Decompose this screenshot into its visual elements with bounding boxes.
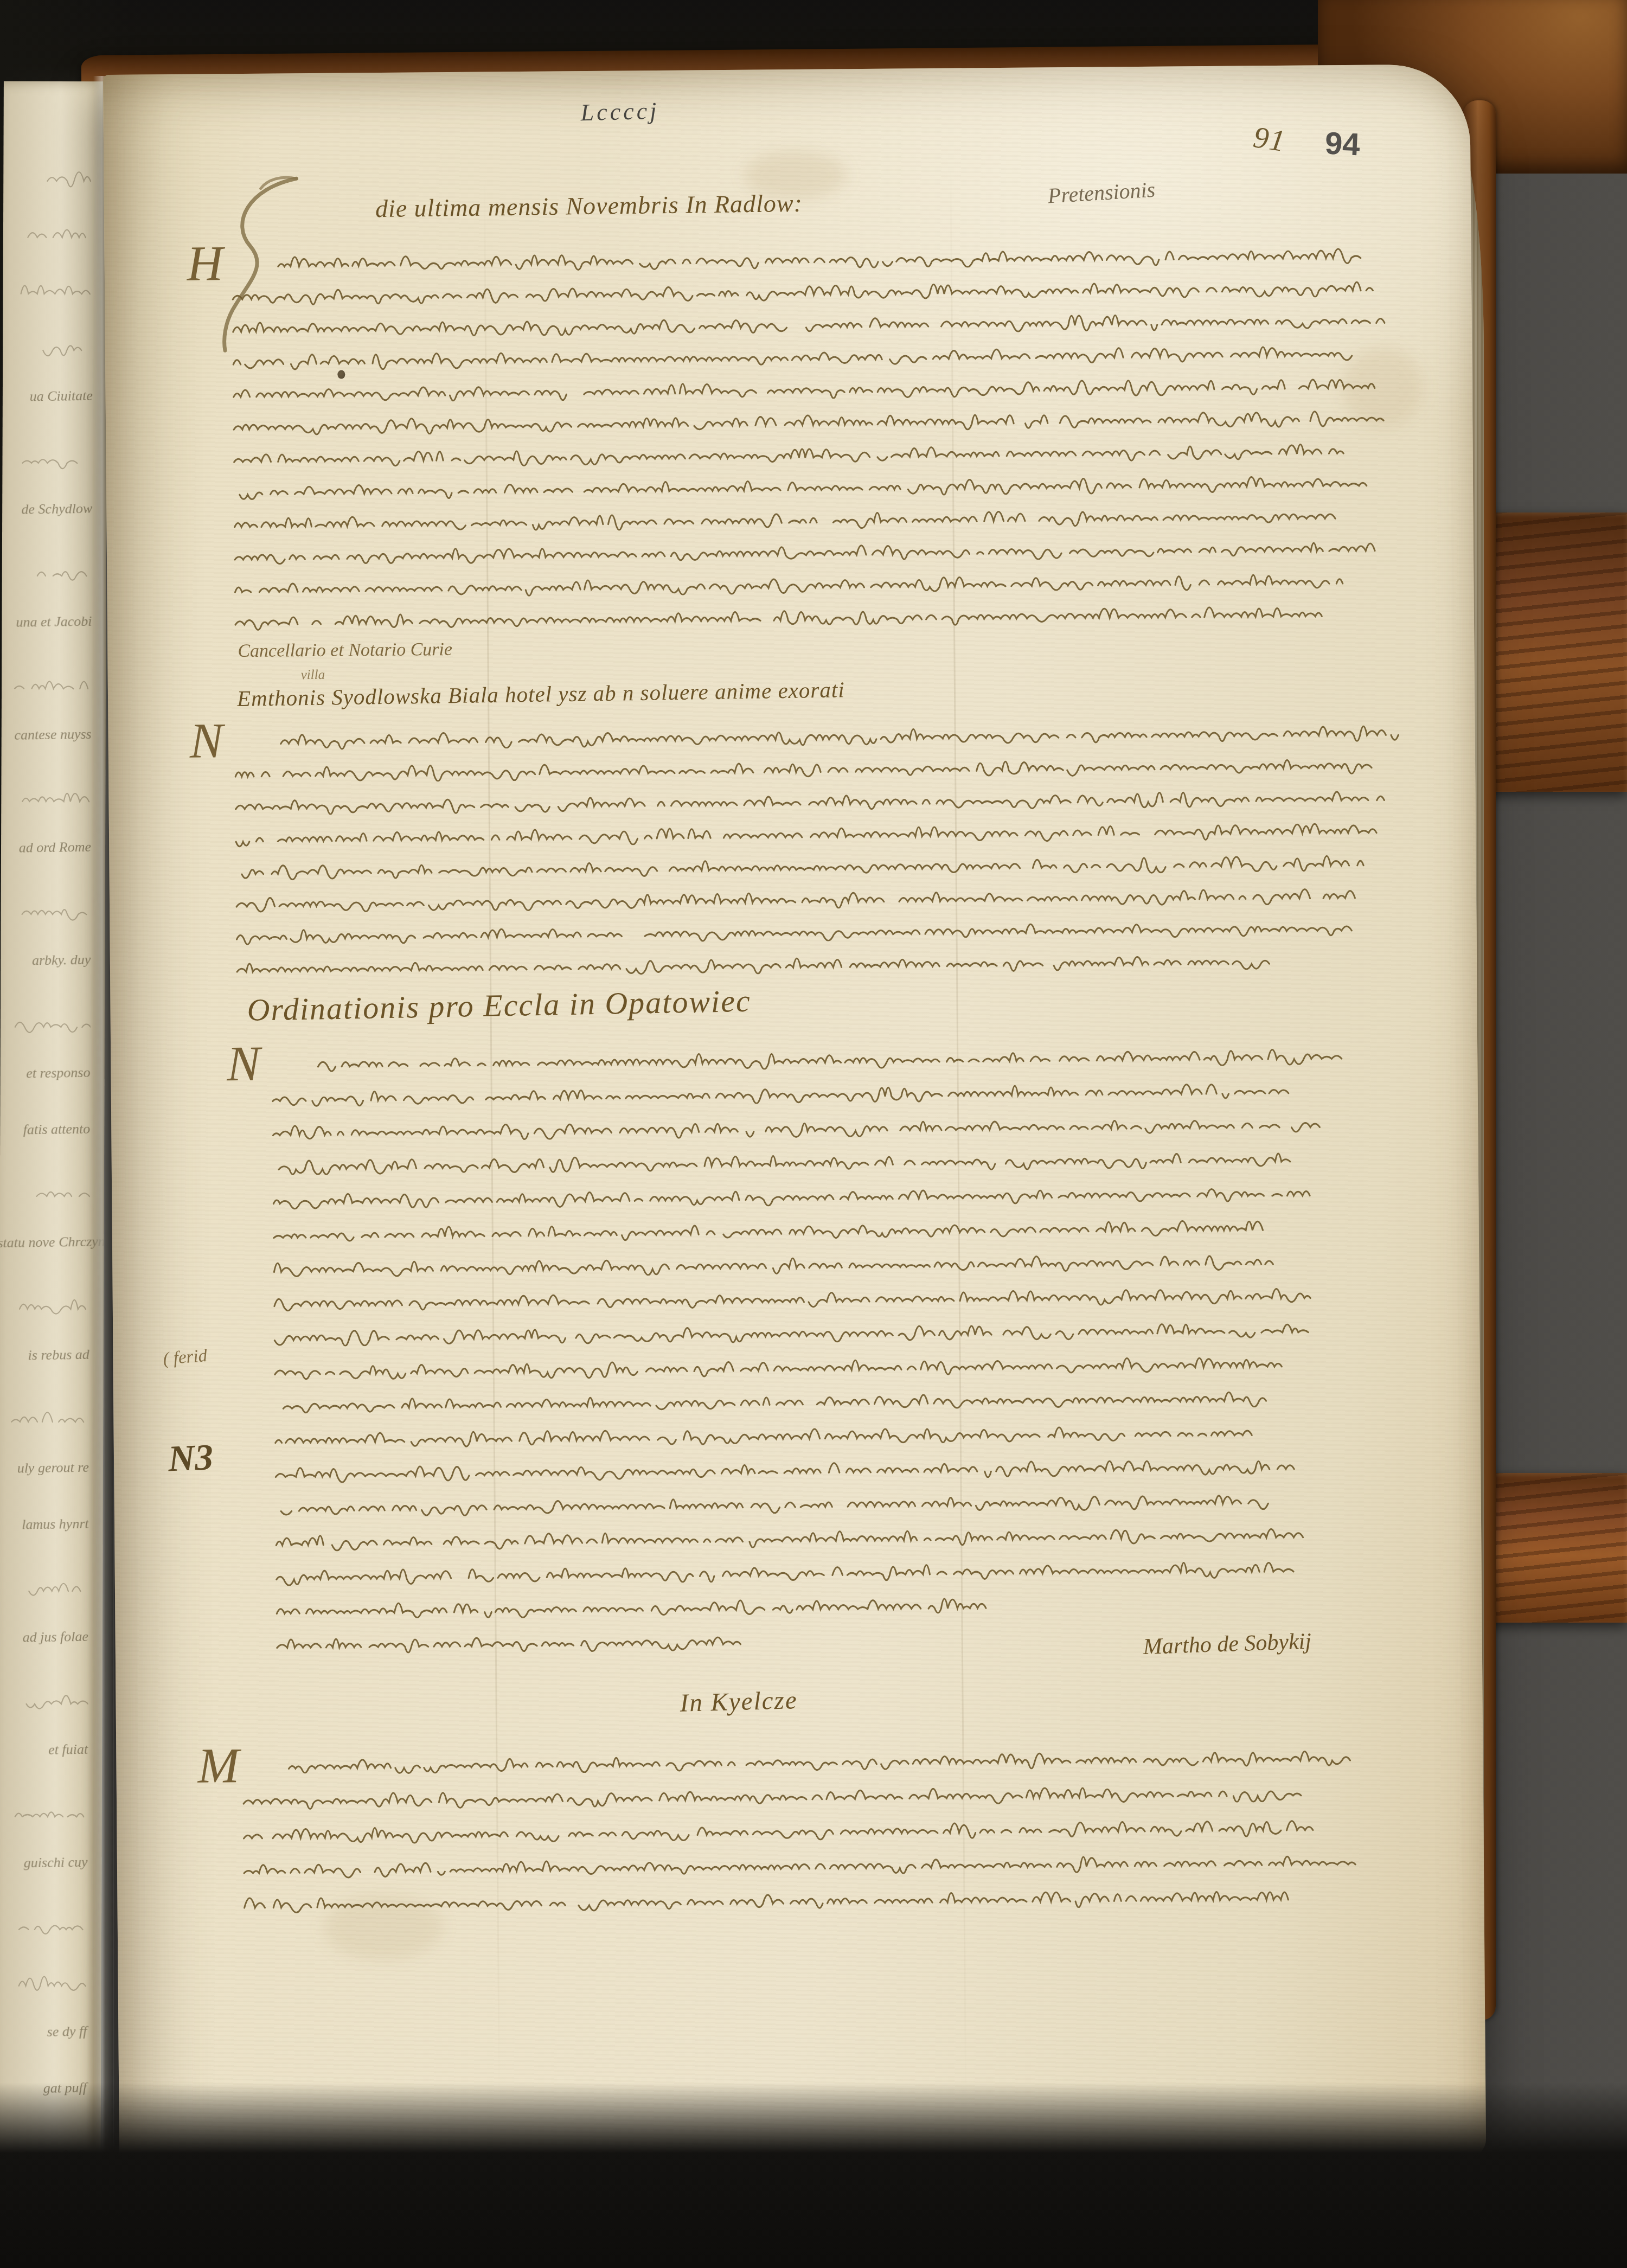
manuscript-line <box>230 434 1424 469</box>
manuscript-line <box>271 1210 1434 1245</box>
ghost-line <box>3 1291 89 1310</box>
manuscript-line <box>272 1415 1436 1450</box>
ghost-line <box>1 1968 87 1987</box>
ghost-line <box>2 1404 89 1423</box>
manuscript-line <box>240 1811 1442 1845</box>
paper-crease <box>950 166 966 2097</box>
manuscript-line <box>274 1620 1437 1655</box>
ghost-line <box>5 558 92 576</box>
paper-stain <box>744 150 847 200</box>
manuscript-line <box>232 565 1425 599</box>
manuscript-line <box>271 1279 1434 1313</box>
manuscript-line <box>241 1846 1442 1880</box>
manuscript-line <box>270 1176 1433 1210</box>
ghost-fragment: de Schydlow <box>0 501 92 518</box>
manuscript-page: Lccccj 91 94 die ultima mensis Novembris… <box>103 64 1486 2168</box>
paragraph-initial: H <box>187 234 223 292</box>
ghost-line <box>3 1178 90 1197</box>
section-heading-radlow: die ultima mensis Novembris In Radlow: <box>375 189 803 223</box>
paragraph-initial: N <box>189 712 223 769</box>
manuscript-line <box>273 1518 1436 1552</box>
manuscript-line <box>232 781 1431 816</box>
manuscript-line <box>240 1776 1442 1810</box>
ghost-fragment: et responso <box>0 1065 91 1082</box>
subheading-in-kyelcze: In Kyelcze <box>680 1686 798 1718</box>
ghost-fragment: uly gerout re <box>0 1459 89 1477</box>
ghost-line <box>4 896 91 915</box>
ghost-line <box>4 783 91 802</box>
manuscript-line <box>232 749 1431 783</box>
ghost-fragment: lamus hynrt <box>0 1516 89 1533</box>
margin-note-nota-bene: N3 <box>167 1436 214 1480</box>
ghost-fragment: is rebus ad <box>0 1347 89 1364</box>
manuscript-line <box>285 1741 1441 1776</box>
leather-strap-upper <box>1473 512 1627 792</box>
paragraph-kyelcze-entry: M <box>240 1741 1442 1924</box>
manuscript-line <box>315 1040 1432 1073</box>
manuscript-line <box>230 369 1423 403</box>
section-heading-siodlowska: Emthonis Syodlowska Biala hotel ysz ab n… <box>237 676 845 712</box>
ghost-fragment: cantese nuyss <box>0 726 92 744</box>
manuscript-line <box>275 239 1423 273</box>
name-annotation: Martho de Sobykij <box>1143 1629 1312 1661</box>
heading-side-note: Pretensionis <box>1047 177 1156 209</box>
manuscript-line <box>233 912 1432 946</box>
manuscript-line <box>272 1347 1435 1381</box>
paper-stain <box>323 1894 443 1961</box>
paragraph-initial: M <box>197 1737 239 1795</box>
ghost-fragment: una et Jacobi <box>0 613 92 631</box>
ghost-fragment: ad jus folae <box>0 1629 88 1646</box>
paper-stain <box>1342 347 1424 428</box>
ghost-fragment: et fuiat <box>0 1741 88 1759</box>
ghost-line <box>2 1686 88 1705</box>
margin-note-ferid: ( ferid <box>162 1346 208 1369</box>
manuscript-line <box>231 499 1424 534</box>
wormhole <box>337 370 345 379</box>
ghost-line <box>7 219 93 238</box>
ghost-line <box>5 445 92 464</box>
paragraph-opatowiec: N <box>269 1040 1437 1664</box>
ghost-line <box>4 1009 91 1028</box>
manuscript-line <box>231 467 1424 501</box>
ghost-line <box>7 276 93 294</box>
manuscript-line <box>272 1450 1436 1484</box>
ghost-fragment: ad ord Rome <box>0 839 91 856</box>
manuscript-line <box>229 272 1423 306</box>
paragraph-initial: N <box>227 1035 260 1092</box>
interlinear-note: villa <box>301 668 325 683</box>
manuscript-line <box>232 597 1425 631</box>
folio-mark: Lccccj <box>580 97 659 127</box>
page-number-pencil: 94 <box>1324 125 1361 163</box>
manuscript-line <box>271 1313 1434 1347</box>
section-heading-opatowiec: Ordinationis pro Eccla in Opatowiec <box>247 983 751 1028</box>
manuscript-line <box>271 1245 1434 1279</box>
ghost-line <box>2 1573 88 1592</box>
ghost-fragment: fatis attento <box>0 1121 90 1138</box>
manuscript-line <box>241 1880 1442 1914</box>
opening-flourish-icon <box>215 174 309 356</box>
manuscript-line <box>230 402 1424 436</box>
paper-crease <box>483 169 500 2100</box>
ghost-line <box>6 332 93 351</box>
manuscript-line <box>233 847 1431 881</box>
ghost-fragment: statu nove Chrczyn <box>0 1234 90 1251</box>
manuscript-line <box>270 1074 1433 1108</box>
manuscript-line <box>233 814 1431 848</box>
background-bottom-shadow <box>0 2083 1627 2268</box>
ghost-fragment: guischi cuy <box>0 1854 88 1872</box>
manuscript-line <box>273 1586 1437 1620</box>
ghost-line <box>1 1911 87 1930</box>
ghost-fragment: arbky. duy <box>0 952 91 969</box>
ghost-line <box>1 1798 88 1817</box>
manuscript-line <box>232 532 1425 566</box>
manuscript-line <box>273 1552 1437 1586</box>
manuscript-line <box>233 879 1432 913</box>
manuscript-line <box>277 716 1430 751</box>
manuscript-line <box>272 1381 1435 1415</box>
paragraph-radlow: H <box>229 239 1426 639</box>
manuscript-line <box>273 1484 1436 1518</box>
paragraph-trailing-line: Cancellario et Notario Curie <box>238 639 452 662</box>
manuscript-line <box>230 337 1423 371</box>
ghost-line <box>7 163 93 182</box>
paragraph-siodlowska: N <box>232 716 1432 986</box>
ghost-fragment: se dy ff <box>0 2023 87 2041</box>
ghost-line <box>5 670 92 689</box>
manuscript-line <box>229 304 1423 338</box>
manuscript-line <box>270 1142 1433 1176</box>
page-number-ink: 91 <box>1251 120 1289 159</box>
manuscript-line <box>234 944 1432 978</box>
ghost-fragment: ua Ciuitate <box>1 388 93 405</box>
manuscript-line <box>270 1108 1433 1142</box>
previous-page-edge: ua Ciuitatede Schydlowuna et Jacobicante… <box>0 81 108 2240</box>
